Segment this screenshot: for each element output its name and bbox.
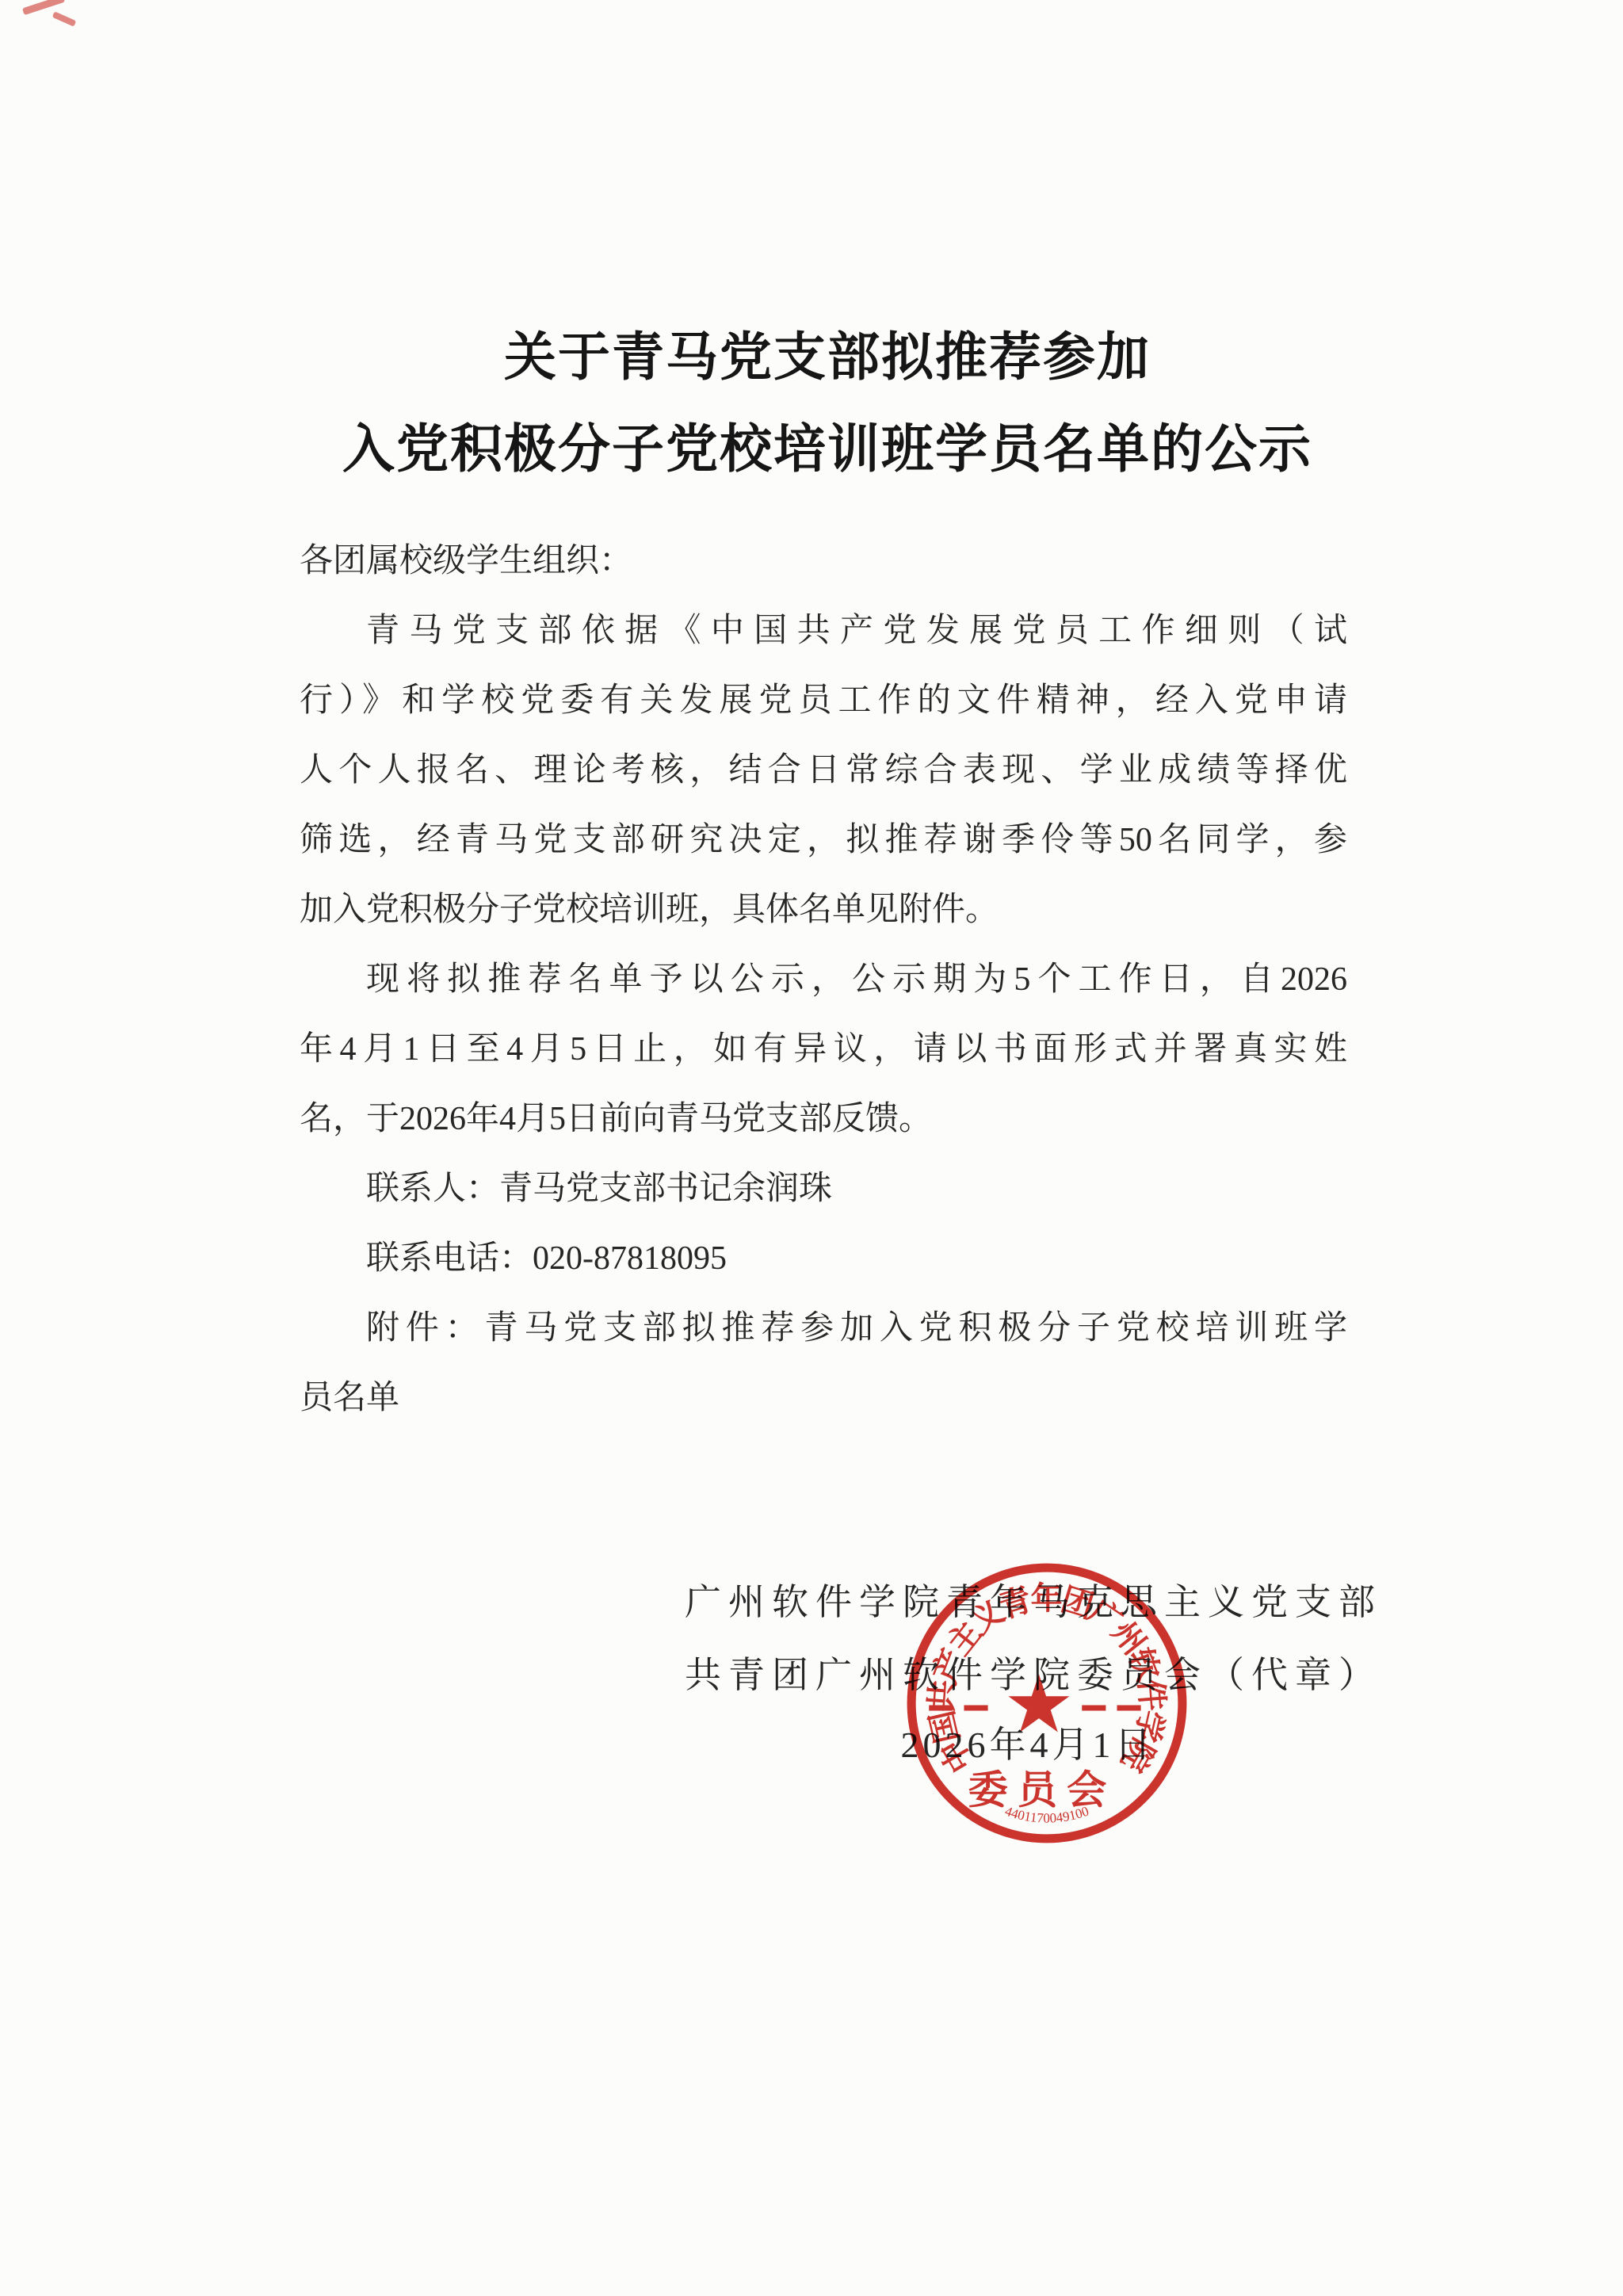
document-title-line2: 入党积极分子党校培训班学员名单的公示 — [300, 418, 1355, 479]
seal-bottom-text: 委员会 — [968, 1768, 1116, 1813]
document-body: 各团属校级学生组织： 青马党支部依据《中国共产党发展党员工作细则（试 行）》和学… — [300, 526, 1347, 1433]
body-line: 加入党积极分子党校培训班，具体名单见附件。 — [300, 875, 1347, 945]
body-line: 名，于2026年4月5日前向青马党支部反馈。 — [300, 1084, 1347, 1154]
body-line: 员名单 — [300, 1363, 1347, 1433]
body-line: 青马党支部依据《中国共产党发展党员工作细则（试 — [300, 596, 1347, 666]
body-line: 行）》和学校党委有关发展党员工作的文件精神，经入党申请 — [300, 666, 1347, 735]
body-line: 年4月1日至4月5日止，如有异议，请以书面形式并署真实姓 — [300, 1014, 1347, 1084]
body-line: 各团属校级学生组织： — [300, 526, 1347, 596]
scan-artifact — [52, 11, 77, 27]
body-line-attachment: 附件：青马党支部拟推荐参加入党积极分子党校培训班学 — [300, 1293, 1347, 1363]
official-seal: 中国共产主义青年团广州软件学院 ★ 委员会 4401170049100 — [896, 1552, 1198, 1855]
document-title-line1: 关于青马党支部拟推荐参加 — [300, 327, 1355, 387]
body-line-contact-person: 联系人：青马党支部书记余润珠 — [300, 1154, 1347, 1224]
body-line: 人个人报名、理论考核，结合日常综合表现、学业成绩等择优 — [300, 735, 1347, 805]
body-line: 筛选，经青马党支部研究决定，拟推荐谢季伶等50名同学，参 — [300, 805, 1347, 875]
star-icon: ★ — [1003, 1660, 1075, 1749]
document-page: 关于青马党支部拟推荐参加 入党积极分子党校培训班学员名单的公示 各团属校级学生组… — [0, 0, 1623, 2296]
body-line-contact-phone: 联系电话：020-87818095 — [300, 1224, 1347, 1293]
body-line: 现将拟推荐名单予以公示，公示期为5个工作日，自2026 — [300, 945, 1347, 1014]
